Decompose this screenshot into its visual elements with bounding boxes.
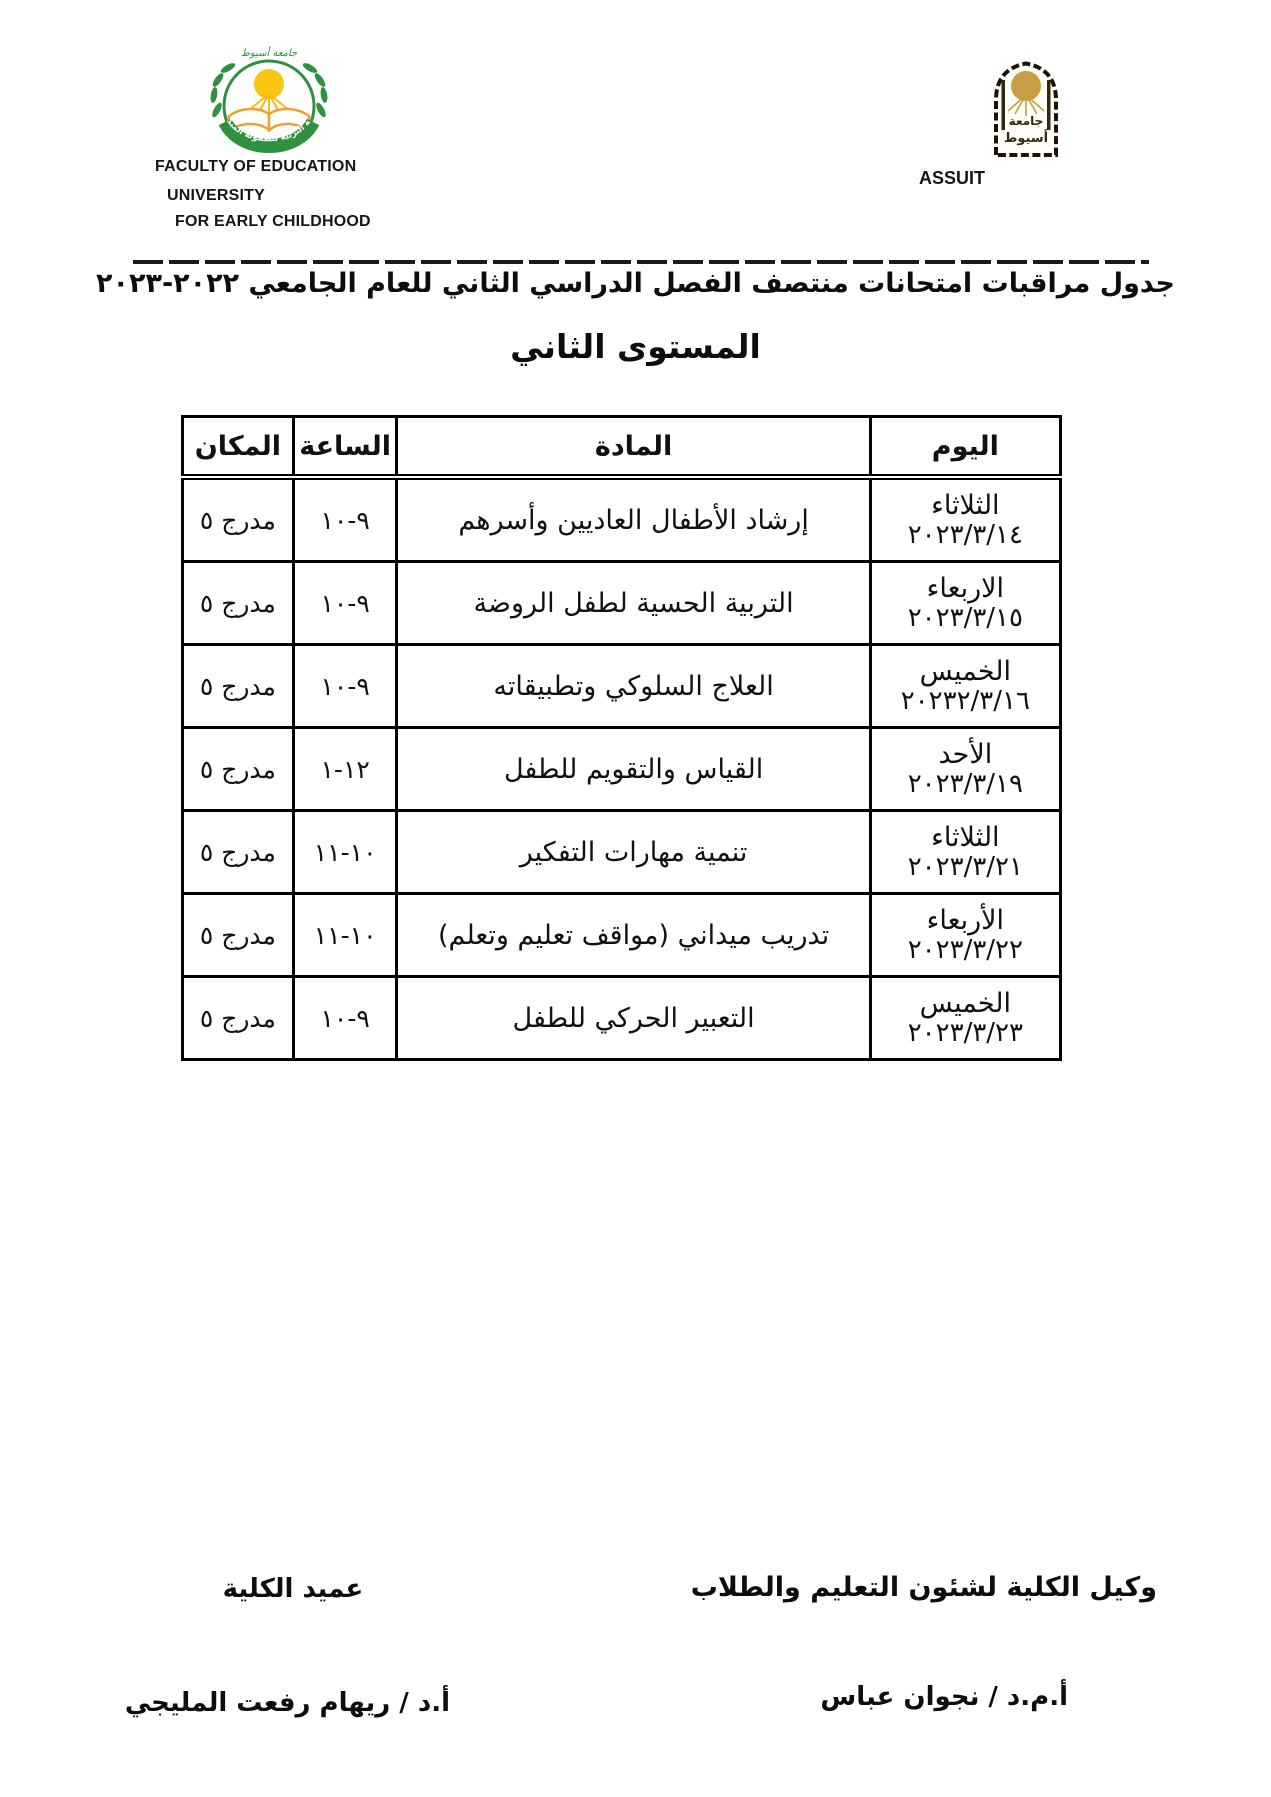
day-name: الثلاثاء — [878, 822, 1053, 853]
document-page: جامعة أسيوط — [0, 0, 1271, 1797]
day-cell: الثلاثاء ٢٠٢٣/٣/١٤ — [870, 477, 1060, 562]
subject-cell: تنمية مهارات التفكير — [397, 811, 870, 894]
subject-text: تنمية مهارات التفكير — [520, 837, 748, 868]
place-text: مدرج ٥ — [200, 1004, 276, 1033]
time-cell: ١٢-١ — [293, 728, 397, 811]
table-row: الأربعاء ٢٠٢٣/٣/٢٢ تدريب ميداني (مواقف ت… — [183, 894, 1061, 977]
subject-text: العلاج السلوكي وتطبيقاته — [493, 671, 773, 702]
table-row: الثلاثاء ٢٠٢٣/٣/١٤ إرشاد الأطفال العاديي… — [183, 477, 1061, 562]
place-cell: مدرج ٥ — [183, 477, 294, 562]
dashed-separator — [133, 260, 1149, 264]
page-subtitle: المستوى الثاني — [0, 327, 1271, 366]
place-cell: مدرج ٥ — [183, 977, 294, 1060]
subject-text: إرشاد الأطفال العاديين وأسرهم — [458, 505, 809, 536]
faculty-name-line1: FACULTY OF EDUCATION — [155, 158, 356, 176]
time-cell: ٩-١٠ — [293, 562, 397, 645]
faculty-logo-top-text: جامعة أسيوط — [241, 46, 298, 59]
day-name: الأربعاء — [878, 905, 1053, 936]
time-cell: ١٠-١١ — [293, 811, 397, 894]
time-text: ١٠-١١ — [314, 921, 377, 950]
time-cell: ٩-١٠ — [293, 645, 397, 728]
subject-cell: القياس والتقويم للطفل — [397, 728, 870, 811]
day-name: الخميس — [878, 988, 1053, 1019]
dean-name: أ.د / ريهام رفعت المليجي — [160, 1688, 450, 1718]
day-date: ٢٠٢٣/٣/٢٢ — [878, 936, 1053, 966]
faculty-logo-icon: جامعة أسيوط — [203, 42, 335, 158]
assuit-caption: ASSUIT — [919, 168, 985, 189]
header-day: اليوم — [870, 417, 1060, 478]
page-title: جدول مراقبات امتحانات منتصف الفصل الدراس… — [0, 268, 1271, 299]
time-cell: ٩-١٠ — [293, 977, 397, 1060]
day-name: الثلاثاء — [878, 490, 1053, 521]
subject-cell: إرشاد الأطفال العاديين وأسرهم — [397, 477, 870, 562]
subject-cell: تدريب ميداني (مواقف تعليم وتعلم) — [397, 894, 870, 977]
university-logo-word1: جامعة — [1009, 114, 1044, 128]
day-date: ٢٠٢٣/٣/١٥ — [878, 604, 1053, 634]
table-row: الثلاثاء ٢٠٢٣/٣/٢١ تنمية مهارات التفكير … — [183, 811, 1061, 894]
place-cell: مدرج ٥ — [183, 728, 294, 811]
calligraphy-stroke — [1002, 80, 1006, 130]
header-time: الساعة — [293, 417, 397, 478]
place-text: مدرج ٥ — [200, 589, 276, 618]
vice-dean-title: وكيل الكلية لشئون التعليم والطلاب — [757, 1572, 1157, 1603]
day-date: ٢٠٢٣٢/٣/١٦ — [878, 687, 1053, 717]
time-text: ٩-١٠ — [320, 589, 369, 618]
table-row: الأحد ٢٠٢٣/٣/١٩ القياس والتقويم للطفل ١٢… — [183, 728, 1061, 811]
calligraphy-stroke — [1047, 80, 1051, 130]
subject-cell: التعبير الحركي للطفل — [397, 977, 870, 1060]
subject-text: القياس والتقويم للطفل — [504, 754, 763, 785]
day-name: الأحد — [878, 739, 1053, 770]
university-logo-icon: جامعة أسيوط — [988, 58, 1064, 160]
day-name: الخميس — [878, 656, 1053, 687]
time-text: ٩-١٠ — [320, 1004, 369, 1033]
vice-dean-name: أ.م.د / نجوان عباس — [828, 1682, 1068, 1712]
day-name: الاربعاء — [878, 573, 1053, 604]
time-text: ٩-١٠ — [320, 672, 369, 701]
place-cell: مدرج ٥ — [183, 645, 294, 728]
day-cell: الخميس ٢٠٢٣/٣/٢٣ — [870, 977, 1060, 1060]
place-cell: مدرج ٥ — [183, 562, 294, 645]
time-cell: ٩-١٠ — [293, 477, 397, 562]
subject-text: تدريب ميداني (مواقف تعليم وتعلم) — [438, 920, 829, 951]
table-row: الخميس ٢٠٢٣/٣/٢٣ التعبير الحركي للطفل ٩-… — [183, 977, 1061, 1060]
time-text: ١٢-١ — [320, 755, 369, 784]
time-text: ٩-١٠ — [320, 506, 369, 535]
faculty-name-line3: FOR EARLY CHILDHOOD — [175, 213, 371, 231]
university-logo-word2: أسيوط — [1004, 129, 1048, 146]
day-date: ٢٠٢٣/٣/١٤ — [878, 521, 1053, 551]
exam-schedule-table: اليوم المادة الساعة المكان الثلاثاء ٢٠٢٣… — [181, 415, 1062, 1061]
subject-text: التعبير الحركي للطفل — [513, 1003, 755, 1034]
place-cell: مدرج ٥ — [183, 811, 294, 894]
day-date: ٢٠٢٣/٣/٢١ — [878, 853, 1053, 883]
subject-cell: العلاج السلوكي وتطبيقاته — [397, 645, 870, 728]
faculty-name-line2: UNIVERSITY — [167, 187, 265, 205]
table-header-row: اليوم المادة الساعة المكان — [183, 417, 1061, 478]
day-cell: الأربعاء ٢٠٢٣/٣/٢٢ — [870, 894, 1060, 977]
day-cell: الأحد ٢٠٢٣/٣/١٩ — [870, 728, 1060, 811]
dean-title: عميد الكلية — [213, 1574, 373, 1604]
place-cell: مدرج ٥ — [183, 894, 294, 977]
time-text: ١٠-١١ — [314, 838, 377, 867]
place-text: مدرج ٥ — [200, 838, 276, 867]
place-text: مدرج ٥ — [200, 506, 276, 535]
place-text: مدرج ٥ — [200, 755, 276, 784]
table-row: الاربعاء ٢٠٢٣/٣/١٥ التربية الحسية لطفل ا… — [183, 562, 1061, 645]
day-date: ٢٠٢٣/٣/٢٣ — [878, 1019, 1053, 1049]
day-date: ٢٠٢٣/٣/١٩ — [878, 770, 1053, 800]
header-subject: المادة — [397, 417, 870, 478]
subject-cell: التربية الحسية لطفل الروضة — [397, 562, 870, 645]
table-row: الخميس ٢٠٢٣٢/٣/١٦ العلاج السلوكي وتطبيقا… — [183, 645, 1061, 728]
time-cell: ١٠-١١ — [293, 894, 397, 977]
place-text: مدرج ٥ — [200, 921, 276, 950]
day-cell: الاربعاء ٢٠٢٣/٣/١٥ — [870, 562, 1060, 645]
header-place: المكان — [183, 417, 294, 478]
day-cell: الثلاثاء ٢٠٢٣/٣/٢١ — [870, 811, 1060, 894]
place-text: مدرج ٥ — [200, 672, 276, 701]
subject-text: التربية الحسية لطفل الروضة — [474, 588, 794, 619]
day-cell: الخميس ٢٠٢٣٢/٣/١٦ — [870, 645, 1060, 728]
